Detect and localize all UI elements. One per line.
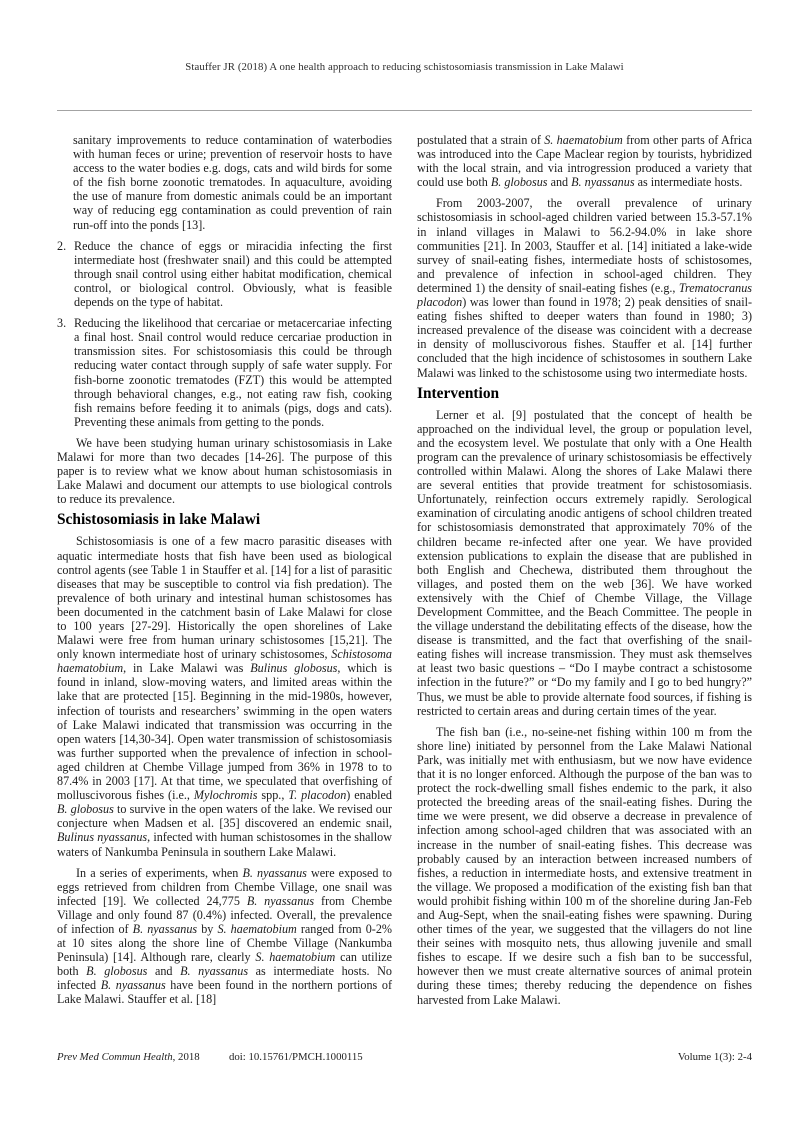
- list-item: 2.Reduce the chance of eggs or miracidia…: [57, 239, 392, 309]
- text-run: spp.,: [258, 788, 289, 802]
- text-run: as intermediate hosts.: [635, 175, 743, 189]
- paper-page: Stauffer JR (2018) A one health approach…: [0, 0, 794, 1123]
- right-column: postulated that a strain of S. haematobi…: [417, 133, 752, 1014]
- text-run: sanitary improvements to reduce contamin…: [73, 133, 392, 232]
- italic-text: B. globosus: [86, 964, 147, 978]
- italic-text: Bulinus globosus: [250, 661, 337, 675]
- paragraph: postulated that a strain of S. haematobi…: [417, 133, 752, 189]
- italic-text: B. nyassanus: [242, 866, 306, 880]
- italic-text: Mylochromis: [194, 788, 258, 802]
- text-run: by: [197, 922, 217, 936]
- text-run: We have been studying human urinary schi…: [57, 436, 392, 506]
- section-heading: Schistosomiasis in lake Malawi: [57, 513, 392, 527]
- text-run: and: [548, 175, 572, 189]
- text-run: Lerner et al. [9] postulated that the co…: [417, 408, 752, 718]
- paragraph: In a series of experiments, when B. nyas…: [57, 866, 392, 1007]
- text-run: Reducing the likelihood that cercariae o…: [74, 316, 392, 429]
- italic-text: S. haematobium: [217, 922, 296, 936]
- text-run: ) was lower than found in 1978; 2) peak …: [417, 295, 752, 379]
- text-run: , which is found in inland, slow-moving …: [57, 661, 392, 802]
- list-number: 3.: [57, 316, 66, 330]
- left-column: sanitary improvements to reduce contamin…: [57, 133, 392, 1014]
- paragraph: Lerner et al. [9] postulated that the co…: [417, 408, 752, 718]
- text-run: and: [147, 964, 180, 978]
- volume-page-info: Volume 1(3): 2-4: [678, 1051, 752, 1063]
- paragraph: We have been studying human urinary schi…: [57, 436, 392, 506]
- journal-year: , 2018: [173, 1051, 200, 1063]
- italic-text: Bulinus nyassanus: [57, 830, 147, 844]
- doi-text: doi: 10.15761/PMCH.1000115: [229, 1051, 363, 1063]
- running-head-citation: Stauffer JR (2018) A one health approach…: [57, 61, 752, 73]
- header-rule: [57, 110, 752, 111]
- italic-text: B. globosus: [491, 175, 548, 189]
- italic-text: B. nyassanus: [247, 894, 314, 908]
- text-run: , in Lake Malawi was: [123, 661, 250, 675]
- journal-reference: Prev Med Commun Health, 2018: [57, 1051, 200, 1063]
- italic-text: S. haematobium: [544, 133, 623, 147]
- italic-text: B. nyassanus: [101, 978, 166, 992]
- italic-text: B. nyassanus: [571, 175, 634, 189]
- list-number: 2.: [57, 239, 66, 253]
- text-run: In a series of experiments, when: [76, 866, 242, 880]
- text-run: ) enabled: [346, 788, 392, 802]
- italic-text: B. nyassanus: [133, 922, 197, 936]
- journal-name: Prev Med Commun Health: [57, 1051, 173, 1063]
- section-heading: Intervention: [417, 387, 752, 401]
- italic-text: B. globosus: [57, 802, 114, 816]
- list-item: 3.Reducing the likelihood that cercariae…: [57, 316, 392, 429]
- italic-text: S. haematobium: [255, 950, 335, 964]
- text-run: The fish ban (i.e., no-seine-net fishing…: [417, 725, 752, 1007]
- paragraph: From 2003-2007, the overall prevalence o…: [417, 196, 752, 379]
- text-run: Reduce the chance of eggs or miracidia i…: [74, 239, 392, 309]
- paragraph: Schistosomiasis is one of a few macro pa…: [57, 534, 392, 858]
- italic-text: B. nyassanus: [180, 964, 248, 978]
- italic-text: T. placodon: [288, 788, 346, 802]
- paragraph: sanitary improvements to reduce contamin…: [57, 133, 392, 232]
- text-run: Schistosomiasis is one of a few macro pa…: [57, 534, 392, 661]
- text-run: postulated that a strain of: [417, 133, 544, 147]
- paragraph: The fish ban (i.e., no-seine-net fishing…: [417, 725, 752, 1007]
